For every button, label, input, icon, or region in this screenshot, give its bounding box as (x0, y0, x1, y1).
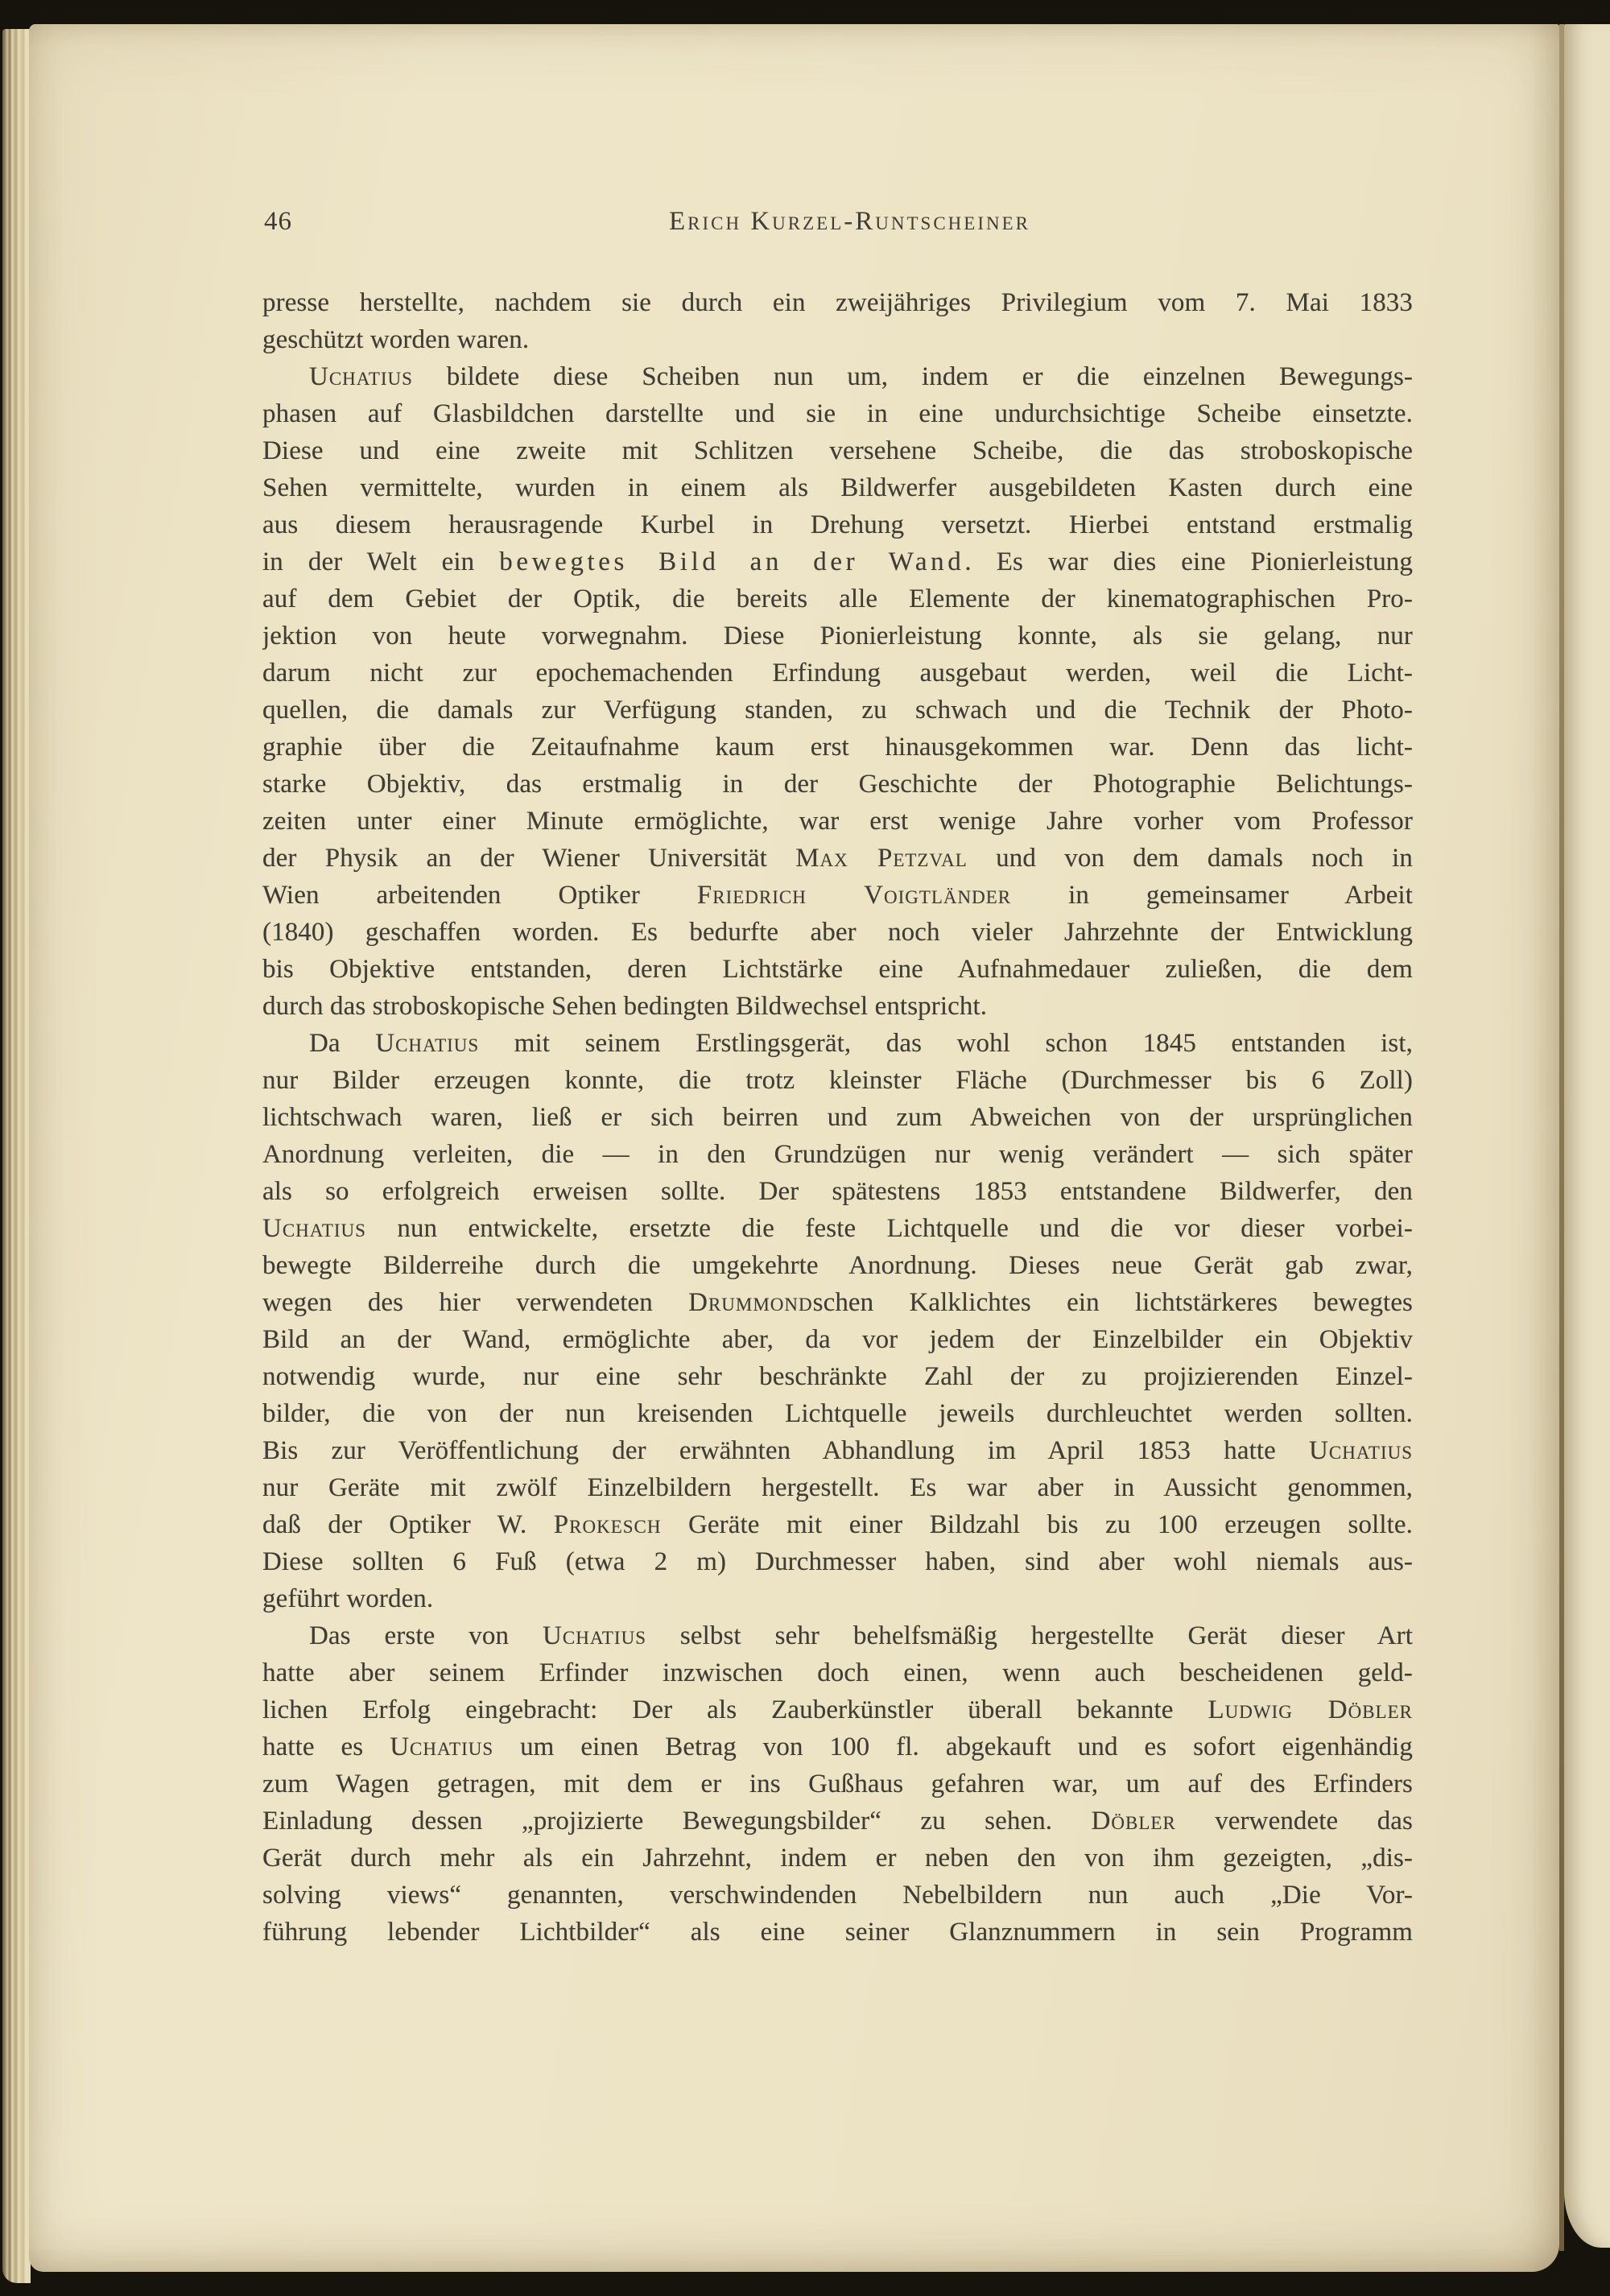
text-segment-smallcaps: Friedrich Voigtländer (697, 881, 1011, 910)
text-line: Bild an der Wand, ermöglichte aber, da v… (262, 1321, 1413, 1358)
text-line: darum nicht zur epochemachenden Erfindun… (262, 655, 1413, 692)
text-segment: Diese sollten 6 Fuß (etwa 2 m) Durchmess… (262, 1547, 1413, 1576)
text-line: Uchatius bildete diese Scheiben nun um, … (262, 358, 1413, 395)
text-segment: um einen Betrag von 100 fl. abgekauft un… (493, 1732, 1413, 1761)
text-line: hatte es Uchatius um einen Betrag von 10… (262, 1728, 1413, 1765)
text-segment: Bild an der Wand, ermöglichte aber, da v… (262, 1325, 1413, 1354)
text-line: lichtschwach waren, ließ er sich beirren… (262, 1099, 1413, 1136)
text-segment: darum nicht zur epochemachenden Erfindun… (262, 659, 1413, 688)
text-segment: hatte es (262, 1732, 390, 1761)
text-segment: phasen auf Glasbildchen darstellte und s… (262, 399, 1413, 428)
scanned-book-photo: 46 Erich Kurzel-Runtscheiner presse hers… (0, 0, 1610, 2296)
text-line: Gerät durch mehr als ein Jahrzehnt, inde… (262, 1840, 1413, 1877)
text-segment-smallcaps: Drummond (688, 1288, 813, 1317)
page-header-row: 46 Erich Kurzel-Runtscheiner (262, 203, 1413, 240)
text-segment-smallcaps: Uchatius (262, 1214, 366, 1243)
text-segment: hatte aber seinem Erfinder inzwischen do… (262, 1658, 1413, 1687)
text-line: starke Objektiv, das erstmalig in der Ge… (262, 766, 1413, 803)
text-segment: mit seinem Erstlingsgerät, das wohl scho… (479, 1029, 1413, 1058)
text-line: notwendig wurde, nur eine sehr beschränk… (262, 1358, 1413, 1395)
text-line: geschützt worden waren. (262, 321, 1413, 358)
text-segment-smallcaps: Uchatius (543, 1621, 646, 1650)
text-line: (1840) geschaffen worden. Es bedurfte ab… (262, 914, 1413, 951)
text-line: Anordnung verleiten, die — in den Grundz… (262, 1136, 1413, 1173)
text-line: presse herstellte, nachdem sie durch ein… (262, 284, 1413, 321)
text-segment: Diese und eine zweite mit Schlitzen vers… (262, 436, 1413, 465)
text-segment-smallcaps: Uchatius (309, 362, 413, 391)
text-segment: führung lebender Lichtbilder“ als eine s… (262, 1918, 1413, 1947)
text-line: auf dem Gebiet der Optik, die bereits al… (262, 580, 1413, 617)
body-text: presse herstellte, nachdem sie durch ein… (262, 284, 1413, 1951)
text-line: bilder, die von der nun kreisenden Licht… (262, 1395, 1413, 1432)
text-line: Wien arbeitenden Optiker Friedrich Voigt… (262, 877, 1413, 914)
text-segment: in gemeinsamer Arbeit (1011, 881, 1413, 910)
text-segment: nur Bilder erzeugen konnte, die trotz kl… (262, 1066, 1413, 1095)
text-line: lichen Erfolg eingebracht: Der als Zaube… (262, 1691, 1413, 1728)
text-line: quellen, die damals zur Verfügung stande… (262, 692, 1413, 729)
text-line: graphie über die Zeitaufnahme kaum erst … (262, 729, 1413, 766)
text-segment: nun entwickelte, ersetzte die feste Lich… (366, 1214, 1413, 1243)
text-segment: bewegte Bilderreihe durch die umgekehrte… (262, 1251, 1413, 1280)
text-segment: geschützt worden waren. (262, 325, 529, 354)
text-line: Sehen vermittelte, wurden in einem als B… (262, 469, 1413, 506)
text-line: Einladung dessen „projizierte Bewegungsb… (262, 1803, 1413, 1840)
text-segment: presse herstellte, nachdem sie durch ein… (262, 288, 1413, 317)
text-segment: als so erfolgreich erweisen sollte. Der … (262, 1177, 1413, 1206)
text-segment-spaced: bewegtes Bild an der Wand (499, 547, 964, 576)
text-segment: bildete diese Scheiben nun um, indem er … (413, 362, 1413, 391)
text-segment: (1840) geschaffen worden. Es bedurfte ab… (262, 918, 1413, 947)
text-segment: nur Geräte mit zwölf Einzelbildern herge… (262, 1473, 1413, 1502)
text-segment: geführt worden. (262, 1584, 433, 1613)
text-line: nur Geräte mit zwölf Einzelbildern herge… (262, 1469, 1413, 1506)
text-line: geführt worden. (262, 1580, 1413, 1617)
text-line: jektion von heute vorwegnahm. Diese Pion… (262, 617, 1413, 655)
book-page: 46 Erich Kurzel-Runtscheiner presse hers… (29, 24, 1559, 2272)
text-line: hatte aber seinem Erfinder inzwischen do… (262, 1654, 1413, 1691)
text-segment: notwendig wurde, nur eine sehr beschränk… (262, 1362, 1413, 1391)
text-segment: Sehen vermittelte, wurden in einem als B… (262, 473, 1413, 502)
text-segment: verwendete das (1176, 1807, 1413, 1836)
text-segment: Gerät durch mehr als ein Jahrzehnt, inde… (262, 1844, 1413, 1873)
text-segment: zeiten unter einer Minute ermöglichte, w… (262, 807, 1413, 836)
text-segment: bilder, die von der nun kreisenden Licht… (262, 1399, 1413, 1428)
text-segment: bis Objektive entstanden, deren Lichtstä… (262, 955, 1413, 984)
text-segment: starke Objektiv, das erstmalig in der Ge… (262, 770, 1413, 799)
text-line: Diese sollten 6 Fuß (etwa 2 m) Durchmess… (262, 1543, 1413, 1580)
text-segment: Geräte mit einer Bildzahl bis zu 100 erz… (662, 1510, 1414, 1539)
text-segment: quellen, die damals zur Verfügung stande… (262, 696, 1413, 725)
text-segment: auf dem Gebiet der Optik, die bereits al… (262, 584, 1413, 613)
text-segment: Wien arbeitenden Optiker (262, 881, 697, 910)
text-segment: aus diesem herausragende Kurbel in Drehu… (262, 510, 1413, 539)
text-line: Diese und eine zweite mit Schlitzen vers… (262, 432, 1413, 469)
text-segment: Anordnung verleiten, die — in den Grundz… (262, 1140, 1413, 1169)
text-line: wegen des hier verwendeten Drummondschen… (262, 1284, 1413, 1321)
text-segment: schen Kalklichtes ein lichtstärkeres bew… (813, 1288, 1413, 1317)
text-segment: graphie über die Zeitaufnahme kaum erst … (262, 733, 1413, 762)
text-line: zum Wagen getragen, mit dem er ins Gußha… (262, 1765, 1413, 1803)
text-line: führung lebender Lichtbilder“ als eine s… (262, 1914, 1413, 1951)
text-line: durch das stroboskopische Sehen bedingte… (262, 988, 1413, 1025)
text-segment: wegen des hier verwendeten (262, 1288, 688, 1317)
text-line: bis Objektive entstanden, deren Lichtstä… (262, 951, 1413, 988)
text-line: solving views“ genannten, verschwindende… (262, 1877, 1413, 1914)
text-line: daß der Optiker W. Prokesch Geräte mit e… (262, 1506, 1413, 1543)
running-header: Erich Kurzel-Runtscheiner (262, 203, 1413, 240)
text-segment-smallcaps: Uchatius (1309, 1436, 1413, 1465)
text-segment-smallcaps: Döbler (1092, 1807, 1176, 1836)
text-segment: . Es war dies eine Pionierleistung (964, 547, 1413, 576)
text-line: nur Bilder erzeugen konnte, die trotz kl… (262, 1062, 1413, 1099)
page-stack-edges (2, 29, 31, 2283)
text-segment-smallcaps: Prokesch (554, 1510, 662, 1539)
text-segment: jektion von heute vorwegnahm. Diese Pion… (262, 621, 1413, 650)
text-segment: daß der Optiker W. (262, 1510, 554, 1539)
text-segment-smallcaps: Max Petzval (795, 844, 968, 873)
text-line: als so erfolgreich erweisen sollte. Der … (262, 1173, 1413, 1210)
text-line: Bis zur Veröffentlichung der erwähnten A… (262, 1432, 1413, 1469)
text-line: Uchatius nun entwickelte, ersetzte die f… (262, 1210, 1413, 1247)
text-segment: zum Wagen getragen, mit dem er ins Gußha… (262, 1769, 1413, 1798)
adjacent-page-edge (1564, 24, 1610, 2248)
text-segment-smallcaps: Ludwig Döbler (1208, 1695, 1413, 1724)
text-segment: und von dem damals noch in (968, 844, 1413, 873)
text-segment: in der Welt ein (262, 547, 499, 576)
text-line: phasen auf Glasbildchen darstellte und s… (262, 395, 1413, 432)
text-segment: Das erste von (309, 1621, 543, 1650)
text-line: aus diesem herausragende Kurbel in Drehu… (262, 506, 1413, 543)
text-segment: Bis zur Veröffentlichung der erwähnten A… (262, 1436, 1309, 1465)
text-segment: durch das stroboskopische Sehen bedingte… (262, 992, 987, 1021)
text-segment: solving views“ genannten, verschwindende… (262, 1881, 1413, 1910)
text-line: der Physik an der Wiener Universität Max… (262, 840, 1413, 877)
text-line: bewegte Bilderreihe durch die umgekehrte… (262, 1247, 1413, 1284)
text-line: Da Uchatius mit seinem Erstlingsgerät, d… (262, 1025, 1413, 1062)
text-segment: Da (309, 1029, 375, 1058)
text-segment: lichtschwach waren, ließ er sich beirren… (262, 1103, 1413, 1132)
text-segment: Einladung dessen „projizierte Bewegungsb… (262, 1807, 1092, 1836)
text-line: Das erste von Uchatius selbst sehr behel… (262, 1617, 1413, 1654)
page-number: 46 (264, 203, 292, 240)
text-segment-smallcaps: Uchatius (375, 1029, 479, 1058)
text-segment: der Physik an der Wiener Universität (262, 844, 795, 873)
text-segment: lichen Erfolg eingebracht: Der als Zaube… (262, 1695, 1208, 1724)
text-segment: selbst sehr behelfsmäßig hergestellte Ge… (646, 1621, 1413, 1650)
text-line: zeiten unter einer Minute ermöglichte, w… (262, 803, 1413, 840)
text-segment-smallcaps: Uchatius (390, 1732, 493, 1761)
text-line: in der Welt ein bewegtes Bild an der Wan… (262, 543, 1413, 580)
